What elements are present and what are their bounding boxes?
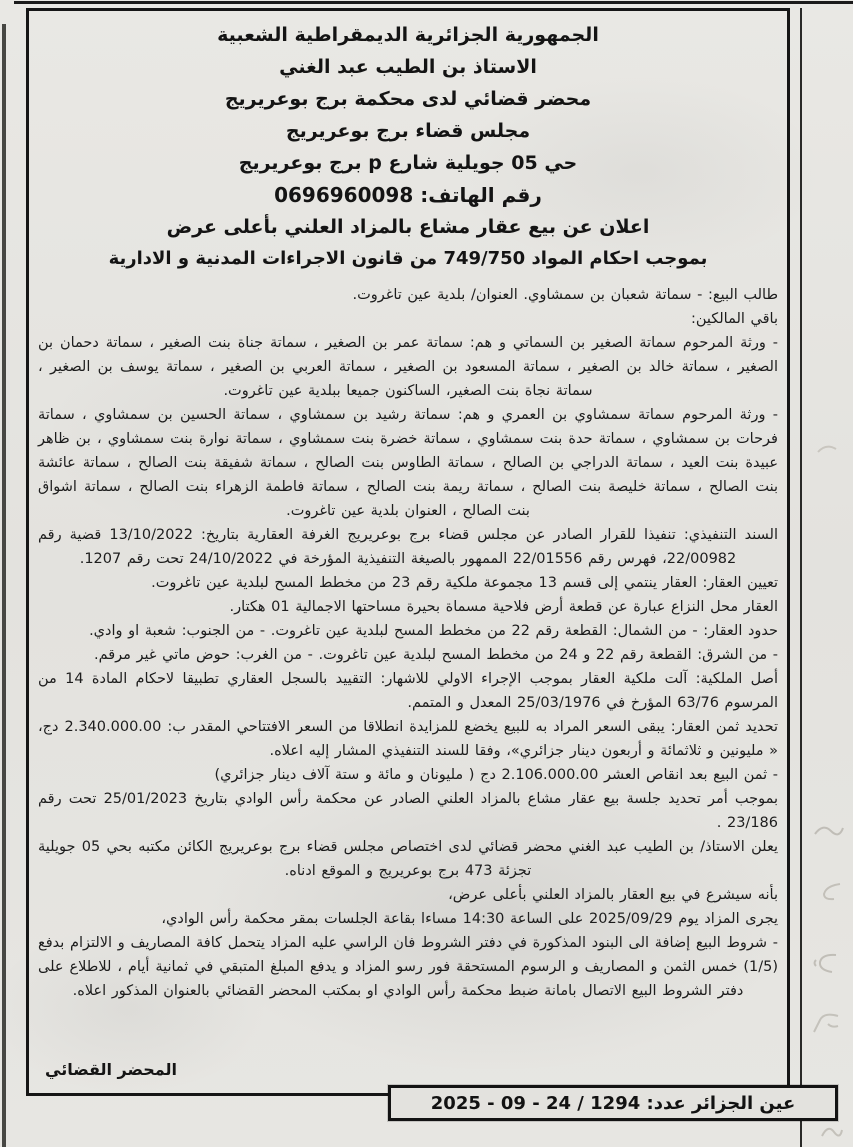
paragraph-heirs-list-2: - ورثة المرحوم سماتة سمشاوي بن العمري و … bbox=[38, 403, 778, 523]
legal-basis: بموجب احكام المواد 749/750 من قانون الاج… bbox=[38, 243, 778, 275]
paragraph-property-borders-north-south: حدود العقار: - من الشمال: القطعة رقم 22 … bbox=[38, 619, 778, 643]
paragraph-property-borders-east-west: - من الشرق: القطعة رقم 22 و 24 من مخطط ا… bbox=[38, 643, 778, 667]
paragraph-heirs-list-1: - ورثة المرحوم سماتة الصغير بن السماتي و… bbox=[38, 331, 778, 403]
paragraph-executive-title: السند التنفيذي: تنفيذا للقرار الصادر عن … bbox=[38, 523, 778, 571]
paragraph-price-after-reduction: - ثمن البيع بعد انقاص العشر 2.106.000.00… bbox=[38, 763, 778, 787]
republic-title: الجمهورية الجزائرية الديمقراطية الشعبية bbox=[38, 19, 778, 51]
paragraph-bailiff-announcement: يعلن الاستاذ/ بن الطيب عبد الغني محضر قض… bbox=[38, 835, 778, 883]
paragraph-remaining-owners-heading: باقي المالكين: bbox=[38, 307, 778, 331]
notice-header: الجمهورية الجزائرية الديمقراطية الشعبية … bbox=[38, 19, 778, 275]
handwritten-margin-mark bbox=[810, 950, 840, 976]
paragraph-auction-date-time: يجرى المزاد يوم 2025/09/29 على الساعة 14… bbox=[38, 907, 778, 931]
scan-top-edge-line bbox=[14, 1, 853, 4]
document-border-frame: الجمهورية الجزائرية الديمقراطية الشعبية … bbox=[26, 8, 790, 1096]
paragraph-price-determination: تحديد ثمن العقار: يبقى السعر المراد به ل… bbox=[38, 715, 778, 763]
notice-body: طالب البيع: - سماتة شعبان بن سمشاوي. الع… bbox=[38, 283, 778, 1003]
frame-outer-right-line bbox=[800, 8, 802, 1147]
bailiff-signature-label: المحضر القضائي bbox=[45, 1060, 177, 1079]
paragraph-property-description: العقار محل النزاع عبارة عن قطعة أرض فلاح… bbox=[38, 595, 778, 619]
handwritten-margin-mark bbox=[808, 1010, 842, 1038]
judicial-council: مجلس قضاء برج بوعريريج bbox=[38, 115, 778, 147]
announcement-title: اعلان عن بيع عقار مشاع بالمزاد العلني بأ… bbox=[38, 211, 778, 243]
paragraph-ownership-origin: أصل الملكية: آلت ملكية العقار بموجب الإج… bbox=[38, 667, 778, 715]
scan-left-edge-line bbox=[2, 24, 6, 1147]
paragraph-auction-start-note: بأنه سيشرع في بيع العقار بالمزاد العلني … bbox=[38, 883, 778, 907]
scanned-legal-notice-page: { "colors": { "paper": "#e6e5e1", "ink":… bbox=[0, 0, 853, 1147]
paragraph-sale-requester: طالب البيع: - سماتة شعبان بن سمشاوي. الع… bbox=[38, 283, 778, 307]
handwritten-margin-mark bbox=[814, 440, 840, 460]
bailiff-role: محضر قضائي لدى محكمة برج بوعريريج bbox=[38, 83, 778, 115]
newspaper-issue-stamp: عين الجزائر عدد: 1294 / 24 - 09 - 2025 bbox=[388, 1085, 838, 1121]
handwritten-margin-mark bbox=[818, 1120, 844, 1142]
bailiff-name: الاستاذ بن الطيب عبد الغني bbox=[38, 51, 778, 83]
handwritten-margin-mark bbox=[816, 880, 844, 904]
office-address: حي 05 جويلية شارع p برج بوعريريج bbox=[38, 147, 778, 179]
paragraph-property-designation: تعيين العقار: العقار ينتمي إلى قسم 13 مج… bbox=[38, 571, 778, 595]
paragraph-session-order: بموجب أمر تحديد جلسة بيع عقار مشاع بالمز… bbox=[38, 787, 778, 835]
paragraph-sale-conditions: - شروط البيع إضافة الى البنود المذكورة ف… bbox=[38, 931, 778, 1003]
handwritten-margin-mark bbox=[812, 820, 846, 842]
phone-number: رقم الهاتف: 0696960098 bbox=[38, 179, 778, 211]
